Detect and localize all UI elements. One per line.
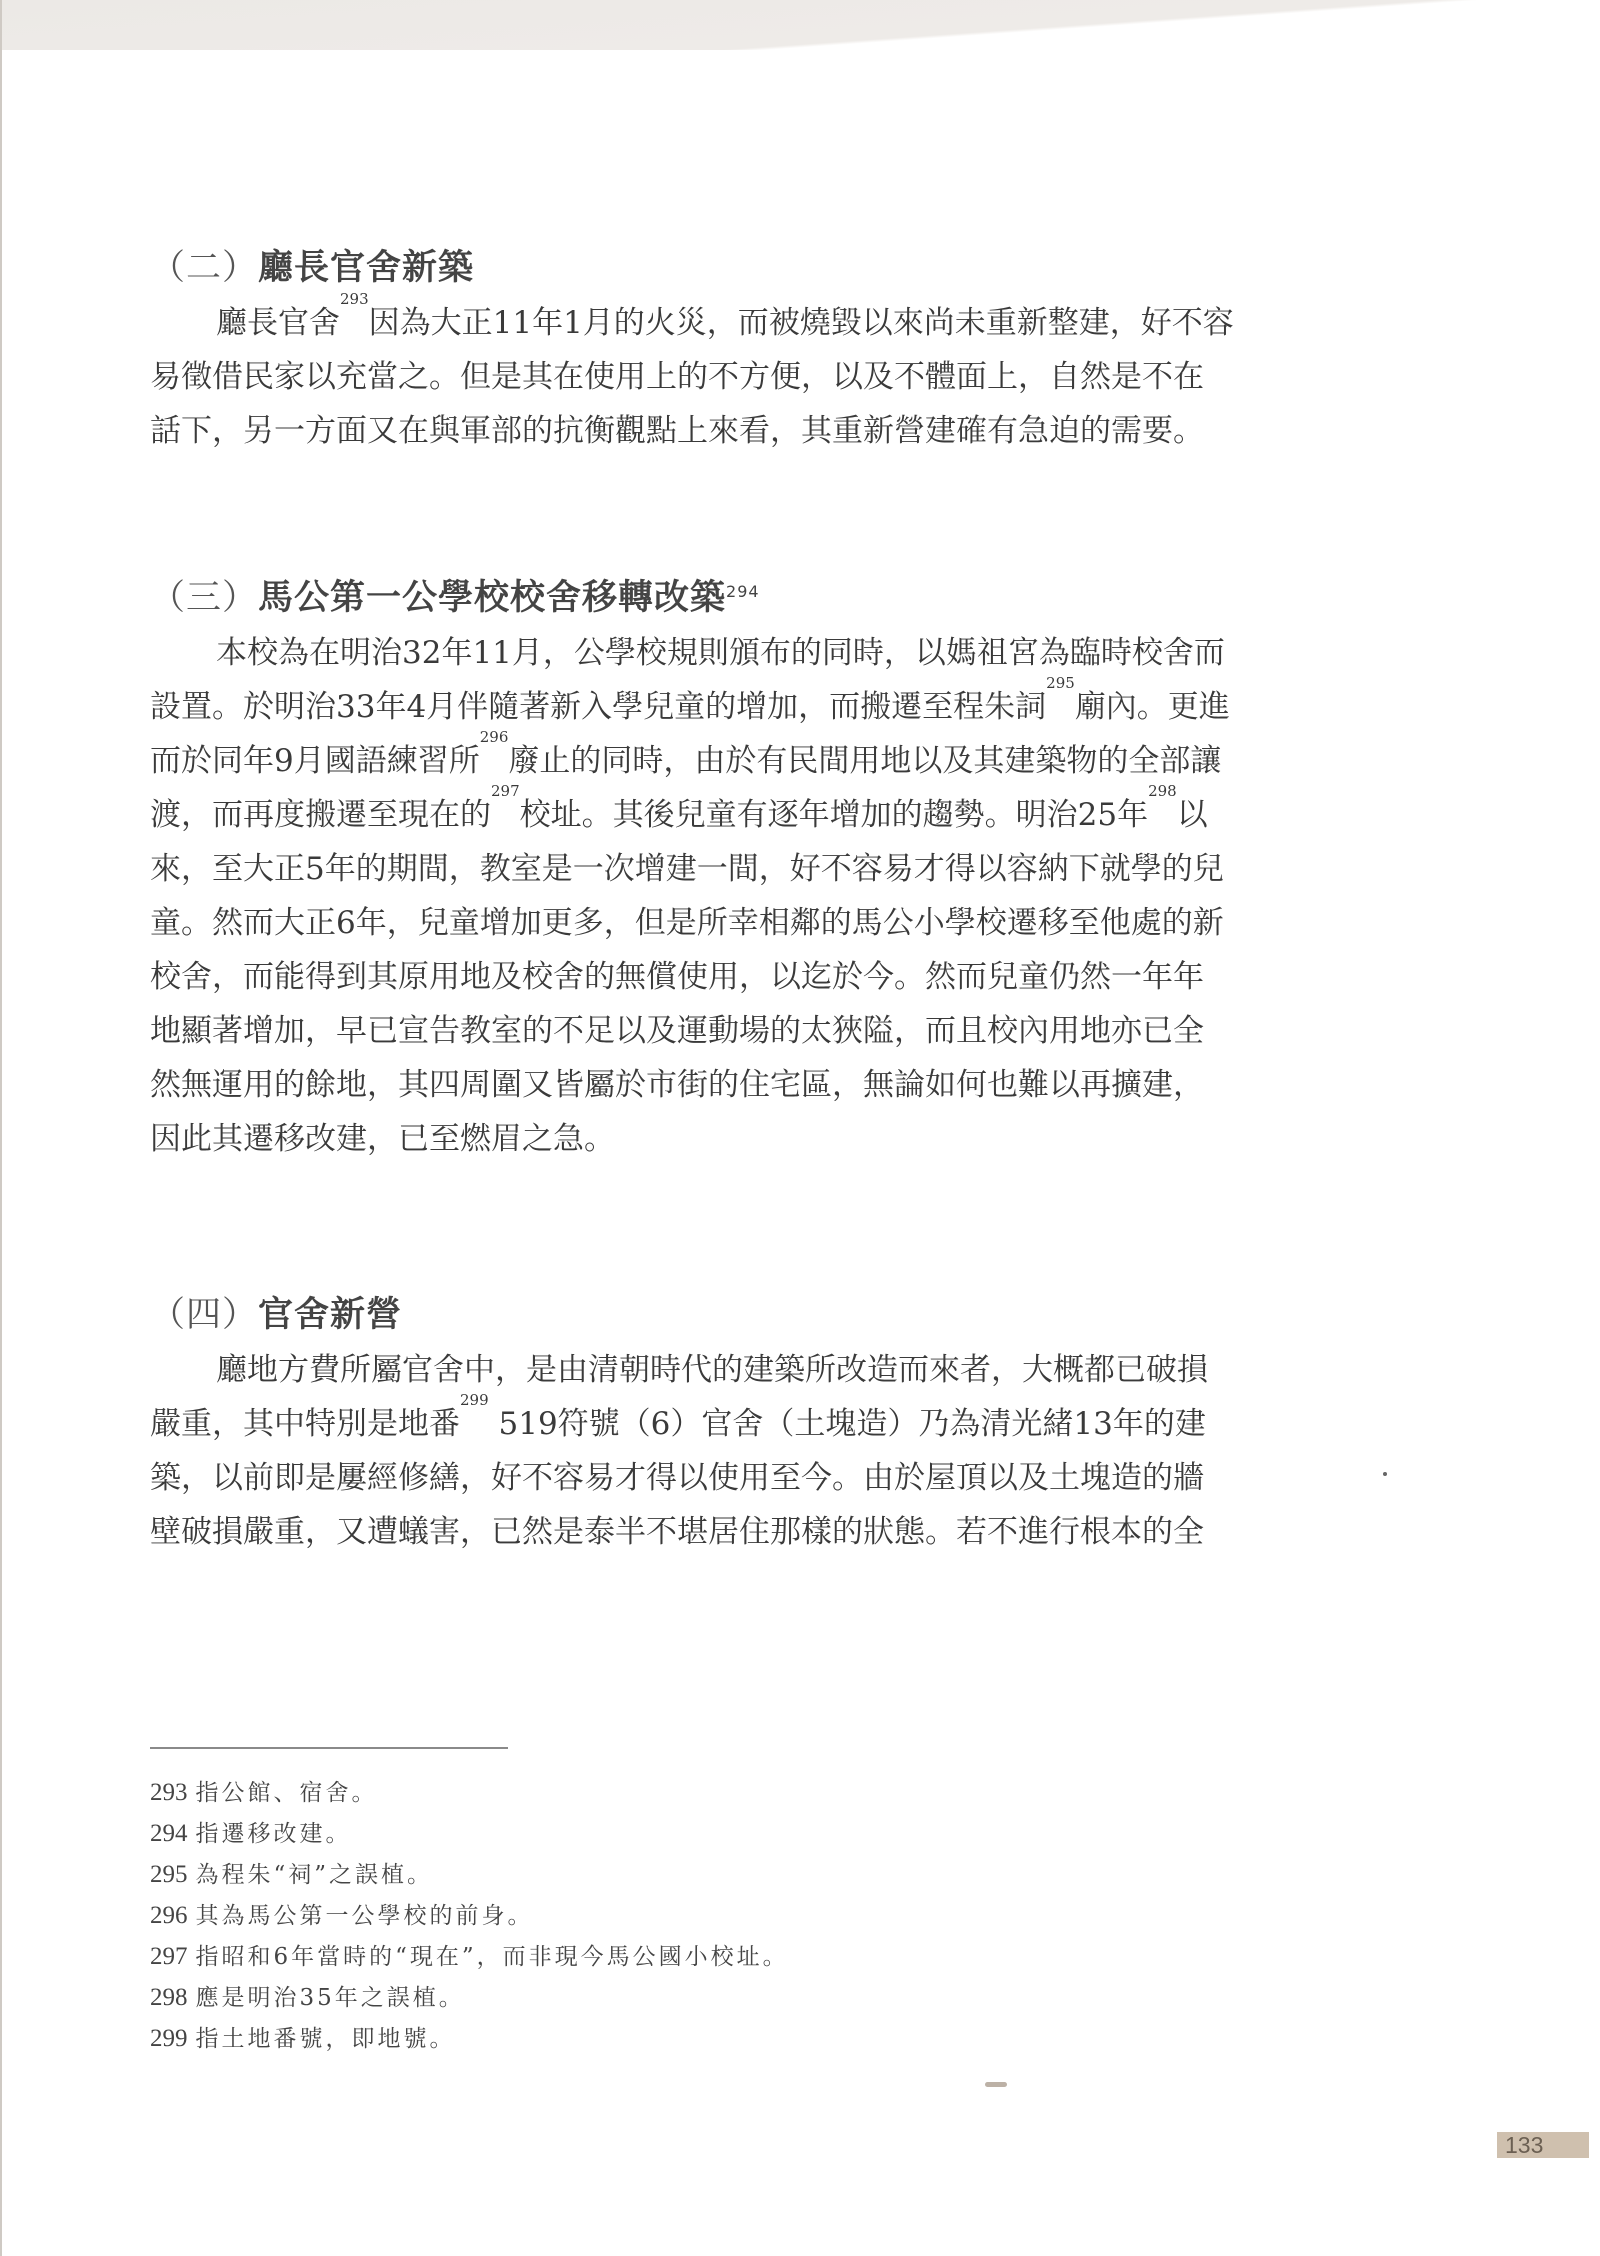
footnote-number: 294 (150, 1820, 188, 1847)
footnote-ref[interactable]: 297 (491, 782, 520, 800)
text-run: 校舍，而能得到其原用地及校舍的無償使用，以迄於今。然而兒童仍然一年年 (150, 959, 1204, 995)
text-run: 設置。於明治33年4月伴隨著新入學兒童的增加，而搬遷至程朱詞 (150, 689, 1046, 725)
page-number: 133 (1497, 2132, 1589, 2158)
text-run: 然無運用的餘地，其四周圍又皆屬於市街的住宅區，無論如何也難以再擴建， (150, 1067, 1204, 1103)
footnote-298: 298應是明治35年之誤植。 (150, 1977, 1050, 2018)
footnote-number: 295 (150, 1861, 188, 1888)
footnotes: 293指公館、宿舍。 294指遷移改建。 295為程朱“祠”之誤植。 296其為… (150, 1772, 1050, 2059)
section-heading: （四）官舍新營 (150, 1287, 1208, 1343)
section-number: （三） (150, 578, 258, 618)
footnote-text: 指昭和6年當時的“現在”，而非現今馬公國小校址。 (196, 1944, 789, 1970)
section-heading: （二）廳長官舍新築 (150, 240, 1234, 296)
text-run: 因為大正11年1月的火災，而被燒毀以來尚未重新整建，好不容 (369, 305, 1234, 341)
text-run: 易徵借民家以充當之。但是其在使用上的不方便，以及不體面上，自然是不在 (150, 359, 1204, 395)
text-run: 以 (1177, 797, 1208, 833)
section-3: （三）馬公第一公學校校舍移轉改築294 本校為在明治32年11月，公學校規則頒布… (150, 570, 1230, 1166)
text-line: 設置。於明治33年4月伴隨著新入學兒童的增加，而搬遷至程朱詞295廟內。更進 (150, 680, 1230, 734)
text-run: 校址。其後兒童有逐年增加的趨勢。明治25年 (520, 797, 1148, 833)
text-run: 來，至大正5年的期間，教室是一次增建一間，好不容易才得以容納下就學的兒 (150, 851, 1224, 887)
text-run: 話下，另一方面又在與軍部的抗衡觀點上來看，其重新營建確有急迫的需要。 (150, 413, 1204, 449)
text-run: 壁破損嚴重，又遭蟻害，已然是泰半不堪居住那樣的狀態。若不進行根本的全 (150, 1514, 1204, 1550)
footnote-295: 295為程朱“祠”之誤植。 (150, 1854, 1050, 1895)
section-title: 官舍新營 (258, 1295, 402, 1335)
text-run: 本校為在明治32年11月，公學校規則頒布的同時，以媽祖宮為臨時校舍而 (216, 635, 1225, 671)
footnote-text: 應是明治35年之誤植。 (196, 1985, 465, 2011)
text-line: 然無運用的餘地，其四周圍又皆屬於市街的住宅區，無論如何也難以再擴建， (150, 1058, 1230, 1112)
text-line: 本校為在明治32年11月，公學校規則頒布的同時，以媽祖宮為臨時校舍而 (150, 626, 1230, 680)
text-line: 易徵借民家以充當之。但是其在使用上的不方便，以及不體面上，自然是不在 (150, 350, 1234, 404)
footnote-number: 298 (150, 1984, 188, 2011)
text-run: 廳地方費所屬官舍中，是由清朝時代的建築所改造而來者，大概都已破損 (216, 1352, 1208, 1388)
footnote-ref[interactable]: 295 (1046, 674, 1075, 692)
footnote-text: 指公館、宿舍。 (196, 1780, 378, 1806)
text-line: 渡，而再度搬遷至現在的297校址。其後兒童有逐年增加的趨勢。明治25年298以 (150, 788, 1230, 842)
footnote-ref[interactable]: 298 (1148, 782, 1177, 800)
text-line: 地顯著增加，早已宣告教室的不足以及運動場的太狹隘，而且校內用地亦已全 (150, 1004, 1230, 1058)
text-run: 519符號（6）官舍（土塊造）乃為清光緒13年的建 (489, 1406, 1206, 1442)
text-line: 校舍，而能得到其原用地及校舍的無償使用，以迄於今。然而兒童仍然一年年 (150, 950, 1230, 1004)
footnote-ref[interactable]: 299 (460, 1391, 489, 1409)
section-number: （四） (150, 1295, 258, 1335)
text-line: 來，至大正5年的期間，教室是一次增建一間，好不容易才得以容納下就學的兒 (150, 842, 1230, 896)
footnote-number: 297 (150, 1943, 188, 1970)
text-line: 嚴重，其中特別是地番299 519符號（6）官舍（土塊造）乃為清光緒13年的建 (150, 1397, 1208, 1451)
text-run: 廢止的同時，由於有民間用地以及其建築物的全部讓 (508, 743, 1221, 779)
text-run: 而於同年9月國語練習所 (150, 743, 480, 779)
text-run: 廟內。更進 (1075, 689, 1230, 725)
footnote-number: 293 (150, 1779, 188, 1806)
footnote-296: 296其為馬公第一公學校的前身。 (150, 1895, 1050, 1936)
section-heading: （三）馬公第一公學校校舍移轉改築294 (150, 570, 1230, 626)
footnote-293: 293指公館、宿舍。 (150, 1772, 1050, 1813)
text-run: 童。然而大正6年，兒童增加更多，但是所幸相鄰的馬公小學校遷移至他處的新 (150, 905, 1224, 941)
footnote-text: 為程朱“祠”之誤植。 (196, 1862, 434, 1888)
footnote-299: 299指土地番號，即地號。 (150, 2018, 1050, 2059)
footnote-text: 其為馬公第一公學校的前身。 (196, 1903, 534, 1929)
paragraph: 本校為在明治32年11月，公學校規則頒布的同時，以媽祖宮為臨時校舍而設置。於明治… (150, 626, 1230, 1166)
footnote-text: 指土地番號，即地號。 (196, 2026, 456, 2052)
scan-shadow (0, 0, 1600, 50)
footnote-294: 294指遷移改建。 (150, 1813, 1050, 1854)
footnote-text: 指遷移改建。 (196, 1821, 352, 1847)
section-number: （二） (150, 248, 258, 288)
text-line: 廳長官舍293因為大正11年1月的火災，而被燒毀以來尚未重新整建，好不容 (150, 296, 1234, 350)
footnote-ref[interactable]: 293 (340, 290, 369, 308)
text-line: 而於同年9月國語練習所296廢止的同時，由於有民間用地以及其建築物的全部讓 (150, 734, 1230, 788)
text-run: 築，以前即是屢經修繕，好不容易才得以使用至今。由於屋頂以及土塊造的牆 (150, 1460, 1204, 1496)
text-line: 因此其遷移改建，已至燃眉之急。 (150, 1112, 1230, 1166)
scan-page-edge (0, 0, 2, 2256)
footnote-ref[interactable]: 296 (480, 728, 509, 746)
footnote-ref[interactable]: 294 (726, 582, 760, 601)
text-line: 壁破損嚴重，又遭蟻害，已然是泰半不堪居住那樣的狀態。若不進行根本的全 (150, 1505, 1208, 1559)
section-title: 廳長官舍新築 (258, 248, 474, 288)
paragraph: 廳地方費所屬官舍中，是由清朝時代的建築所改造而來者，大概都已破損嚴重，其中特別是… (150, 1343, 1208, 1559)
text-run: 地顯著增加，早已宣告教室的不足以及運動場的太狹隘，而且校內用地亦已全 (150, 1013, 1204, 1049)
text-line: 童。然而大正6年，兒童增加更多，但是所幸相鄰的馬公小學校遷移至他處的新 (150, 896, 1230, 950)
text-run: 因此其遷移改建，已至燃眉之急。 (150, 1121, 615, 1157)
footnote-297: 297指昭和6年當時的“現在”，而非現今馬公國小校址。 (150, 1936, 1050, 1977)
footnote-number: 299 (150, 2025, 188, 2052)
section-title: 馬公第一公學校校舍移轉改築 (258, 578, 726, 618)
text-line: 話下，另一方面又在與軍部的抗衡觀點上來看，其重新營建確有急迫的需要。 (150, 404, 1234, 458)
footnote-number: 296 (150, 1902, 188, 1929)
text-run: 廳長官舍 (216, 305, 340, 341)
text-line: 廳地方費所屬官舍中，是由清朝時代的建築所改造而來者，大概都已破損 (150, 1343, 1208, 1397)
paragraph: 廳長官舍293因為大正11年1月的火災，而被燒毀以來尚未重新整建，好不容易徵借民… (150, 296, 1234, 458)
scan-smudge (985, 2082, 1007, 2087)
scan-speck (1383, 1472, 1387, 1476)
text-run: 渡，而再度搬遷至現在的 (150, 797, 491, 833)
section-4: （四）官舍新營 廳地方費所屬官舍中，是由清朝時代的建築所改造而來者，大概都已破損… (150, 1287, 1208, 1559)
footnote-divider (150, 1747, 508, 1749)
section-2: （二）廳長官舍新築 廳長官舍293因為大正11年1月的火災，而被燒毀以來尚未重新… (150, 240, 1234, 458)
text-line: 築，以前即是屢經修繕，好不容易才得以使用至今。由於屋頂以及土塊造的牆 (150, 1451, 1208, 1505)
text-run: 嚴重，其中特別是地番 (150, 1406, 460, 1442)
